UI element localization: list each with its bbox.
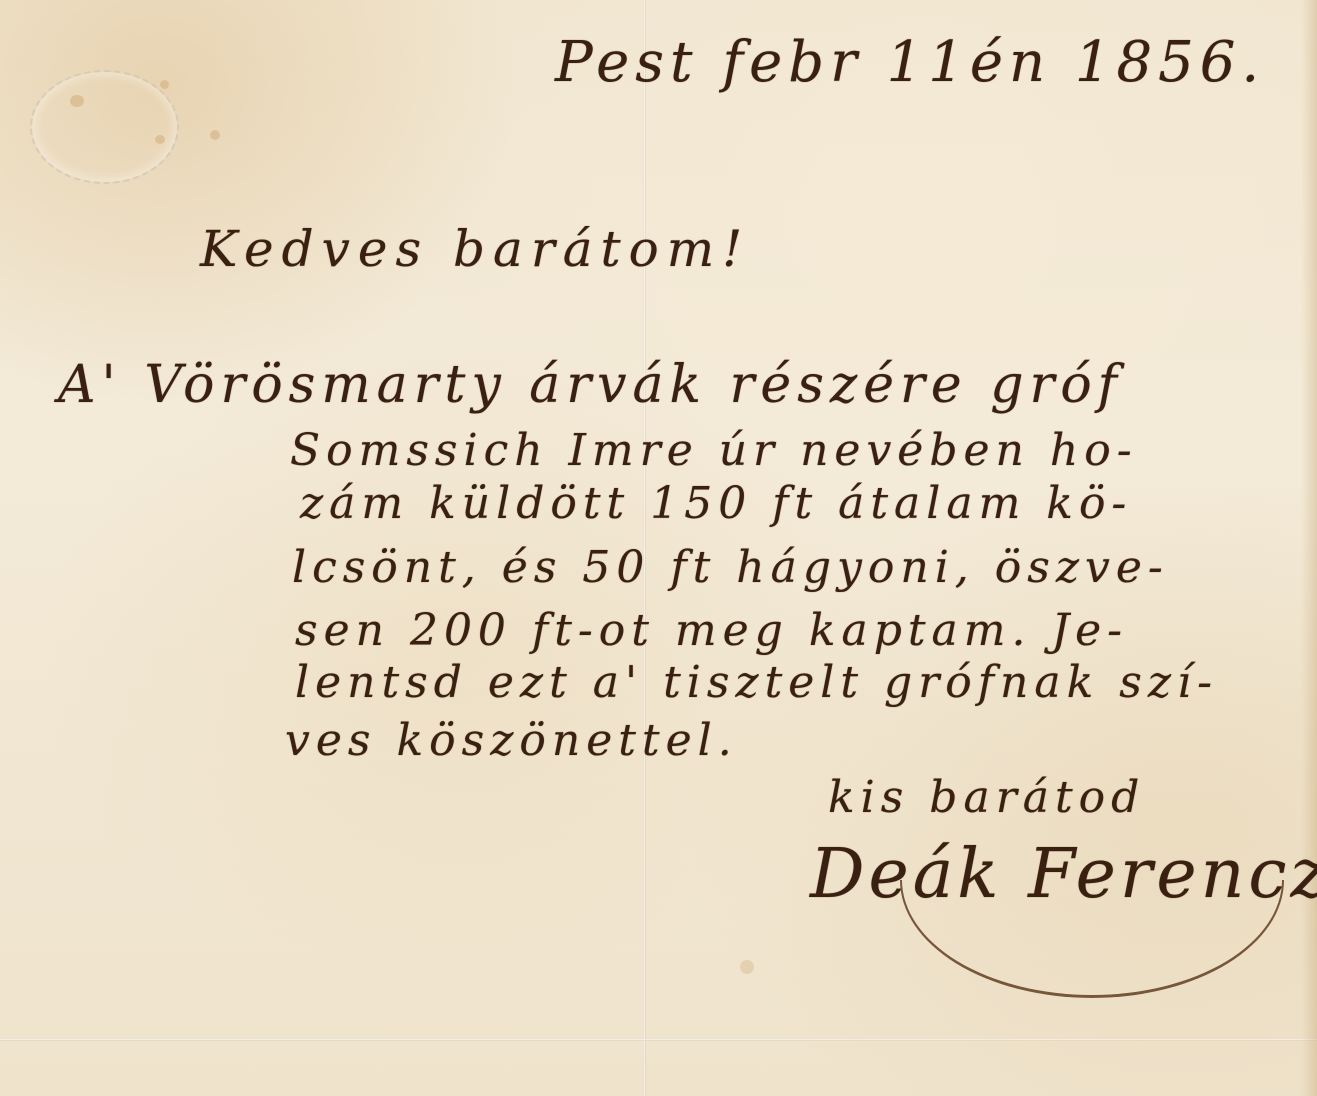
body-line-4: lcsönt, és 50 ft hágyoni, öszve- [292,542,1169,593]
salutation: Kedves barátom! [200,220,750,278]
signature-flourish [900,880,1284,998]
age-stain [70,95,84,107]
body-line-5: sen 200 ft-ot meg kaptam. Je- [295,605,1128,656]
horizontal-fold-crease [0,1038,1317,1041]
age-stain [740,960,754,974]
age-stain [160,80,169,89]
paper-edge [1301,0,1317,1096]
embossed-seal [30,70,179,184]
age-stain [210,130,220,140]
body-line-3: zám küldött 150 ft átalam kö- [300,478,1132,529]
body-line-1: A' Vörösmarty árvák részére gróf [58,355,1123,415]
date-line: Pest febr 11én 1856. [555,30,1265,95]
body-line-6: lentsd ezt a' tisztelt grófnak szí- [295,657,1218,708]
letter-paper: Pest febr 11én 1856. Kedves barátom! A' … [0,0,1317,1096]
age-stain [155,135,165,144]
closing: kis barátod [828,772,1145,823]
body-line-2: Somssich Imre úr nevében ho- [290,425,1138,476]
body-line-7: ves köszönettel. [285,715,738,766]
